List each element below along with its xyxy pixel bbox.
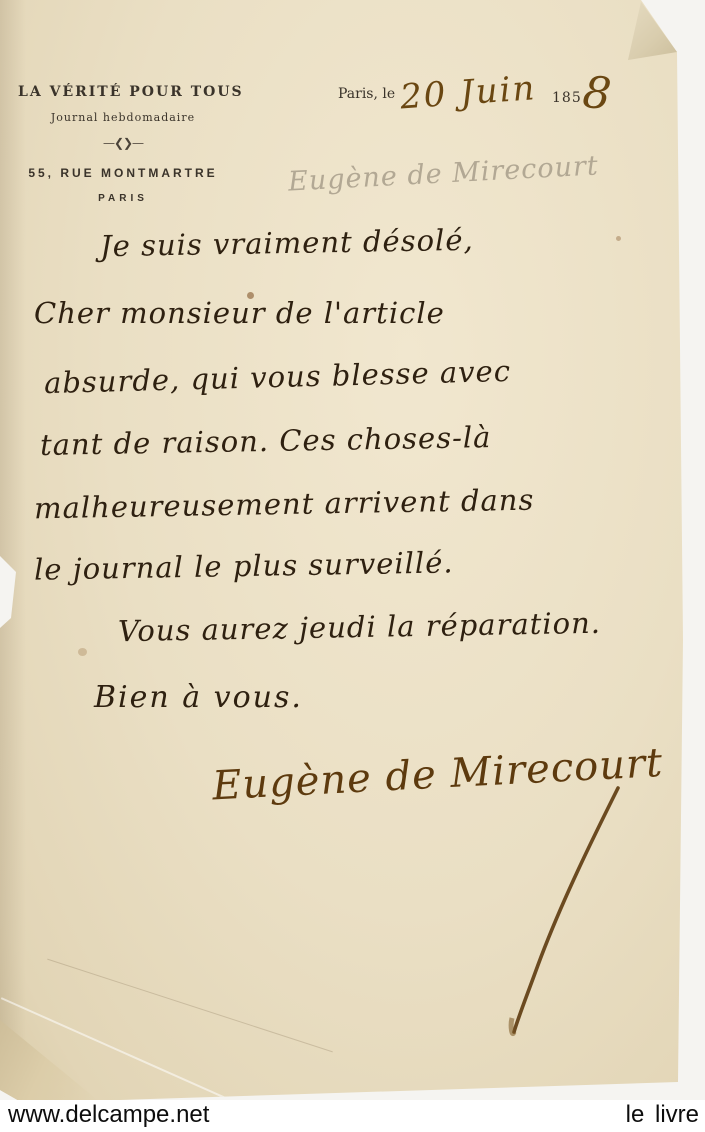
letter-closing: Bien à vous.: [94, 680, 303, 715]
printed-date-prefix: Paris, le: [338, 86, 395, 102]
watermark-category-label: le livre: [626, 1101, 699, 1129]
letterhead: LA VÉRITÉ POUR TOUS Journal hebdomadaire…: [18, 84, 228, 204]
printed-year-prefix: 185: [552, 90, 582, 106]
pencil-annotation-author-name: Eugène de Mirecourt: [287, 149, 618, 197]
paper-stain: [247, 292, 254, 299]
watermark-bar: www.delcampe.net le livre: [0, 1100, 705, 1132]
letter-line: Vous aurez jeudi la réparation.: [118, 606, 602, 648]
letter-line: le journal le plus surveillé.: [34, 545, 454, 586]
letter-line: absurde, qui vous blesse avec: [44, 354, 512, 400]
letter-paper-sheet: LA VÉRITÉ POUR TOUS Journal hebdomadaire…: [0, 0, 705, 1110]
watermark-site-url: www.delcampe.net: [8, 1101, 209, 1129]
signature-eugene-de-mirecourt: Eugène de Mirecourt: [211, 741, 653, 810]
letterhead-street-address: 55, RUE MONTMARTRE: [18, 166, 228, 180]
letterhead-ornament-divider: —❮❯—: [18, 136, 228, 150]
letterhead-journal-subtitle: Journal hebdomadaire: [18, 111, 228, 124]
letter-line: tant de raison. Ces choses-là: [40, 420, 492, 462]
letter-line: Cher monsieur de l'article: [34, 296, 445, 330]
letter-line: Je suis vraiment désolé,: [100, 223, 474, 264]
letterhead-journal-title: LA VÉRITÉ POUR TOUS: [18, 84, 228, 100]
handwritten-year-digit: 8: [580, 67, 613, 121]
scanned-letter-photo: LA VÉRITÉ POUR TOUS Journal hebdomadaire…: [0, 0, 705, 1132]
signature-flourish-stroke: [400, 780, 650, 1050]
paper-stain: [78, 648, 87, 656]
handwritten-day-month: 20 Juin: [399, 66, 561, 117]
paper-stain: [616, 236, 621, 241]
letter-line: malheureusement arrivent dans: [34, 483, 535, 526]
letterhead-city: PARIS: [18, 193, 228, 204]
